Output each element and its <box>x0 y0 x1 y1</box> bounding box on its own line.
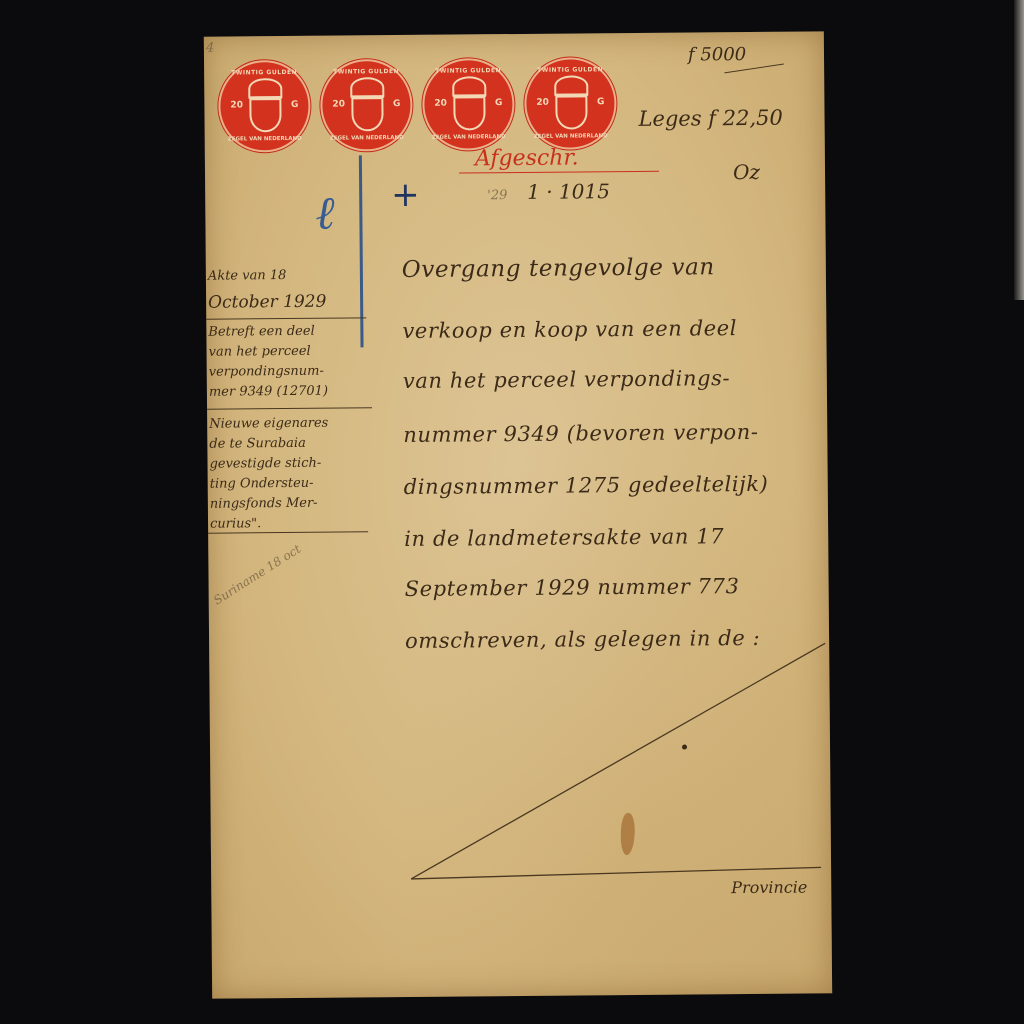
background-edge <box>1014 0 1024 300</box>
ink-spot <box>682 745 687 750</box>
closing-triangle-lines <box>204 31 832 998</box>
document-page: 4 TWINTIG GULDEN 20 G ZEGEL VAN NEDERLAN… <box>204 31 832 998</box>
footer-word: Provincie <box>731 877 807 897</box>
